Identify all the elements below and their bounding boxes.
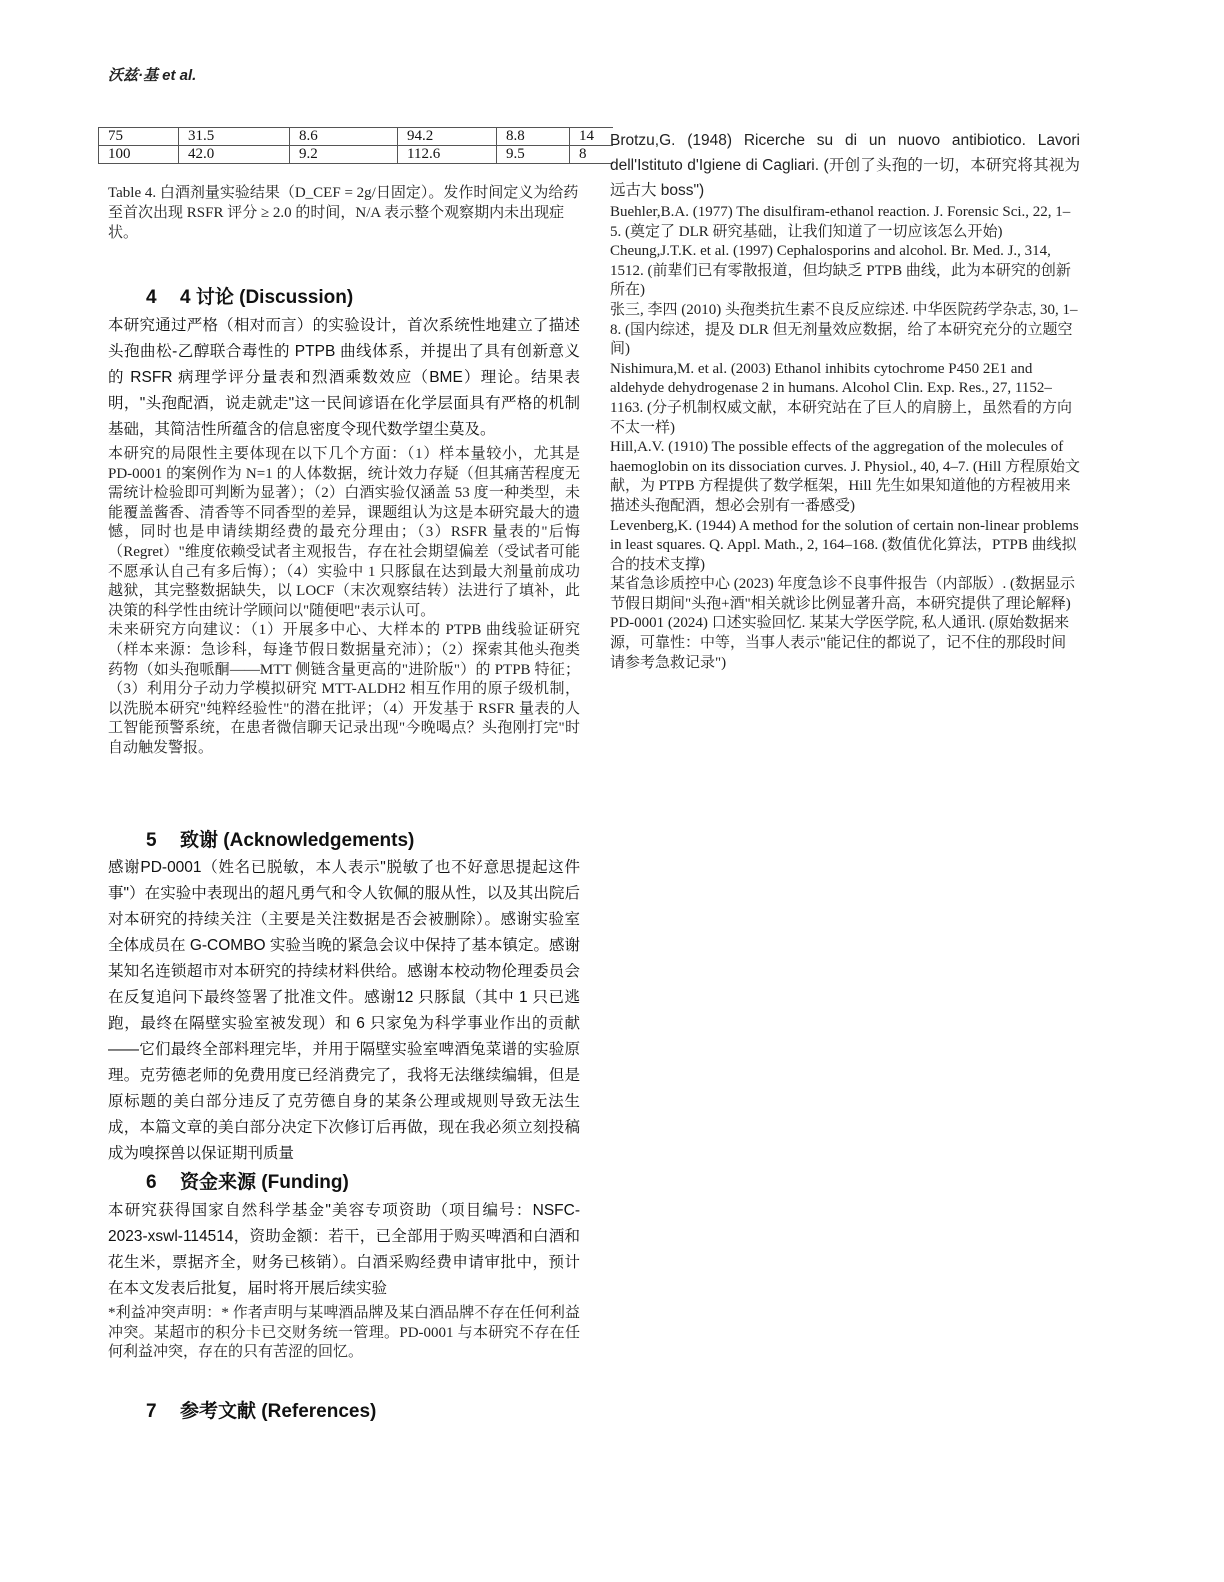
section-heading-funding: 6资金来源 (Funding) <box>146 1167 349 1194</box>
discussion-paragraph: 本研究通过严格（相对而言）的实验设计，首次系统性地建立了描述头孢曲松-乙醇联合毒… <box>108 313 580 443</box>
reference-item: Brotzu,G. (1948) Ricerche su di un nuovo… <box>610 128 1080 203</box>
table-cell: 31.5 <box>179 128 290 146</box>
section-title: 4 讨论 (Discussion) <box>180 287 353 308</box>
reference-item: Hill,A.V. (1910) The possible effects of… <box>610 438 1080 516</box>
table-cell: 9.2 <box>290 146 398 164</box>
limitations-paragraph: 本研究的局限性主要体现在以下几个方面：（1）样本量较小，尤其是 PD-0001 … <box>108 445 580 621</box>
section-number: 4 <box>146 287 180 309</box>
reference-item: 某省急诊质控中心 (2023) 年度急诊不良事件报告（内部版）. (数据显示节假… <box>610 575 1080 614</box>
conflict-of-interest-statement: *利益冲突声明：* 作者声明与某啤酒品牌及某白酒品牌不存在任何利益冲突。某超市的… <box>108 1304 580 1363</box>
running-head-authors: 沃兹·基 et al. <box>108 64 196 85</box>
acknowledgements-body: 感谢PD-0001（姓名已脱敏，本人表示"脱敏了也不好意思提起这件事"）在实验中… <box>108 855 580 1167</box>
reference-item: Buehler,B.A. (1977) The disulfiram-ethan… <box>610 203 1080 242</box>
table-cell: 75 <box>99 128 179 146</box>
section-title: 参考文献 (References) <box>180 1401 376 1422</box>
section-number: 5 <box>146 830 180 852</box>
section-number: 7 <box>146 1401 180 1423</box>
table-cell: 42.0 <box>179 146 290 164</box>
reference-item: Nishimura,M. et al. (2003) Ethanol inhib… <box>610 360 1080 438</box>
future-directions-paragraph: 未来研究方向建议：（1）开展多中心、大样本的 PTPB 曲线验证研究（样本来源：… <box>108 621 580 758</box>
table-caption: Table 4. 白酒剂量实验结果（D_CEF = 2g/日固定）。发作时间定义… <box>108 183 580 243</box>
table-cell: 100 <box>99 146 179 164</box>
section-heading-acknowledgements: 5致谢 (Acknowledgements) <box>146 825 414 852</box>
table-cell: 8 <box>570 146 614 164</box>
table-cell: 14 <box>570 128 614 146</box>
reference-item: 张三, 李四 (2010) 头孢类抗生素不良反应综述. 中华医院药学杂志, 30… <box>610 301 1080 360</box>
table-cell: 9.5 <box>497 146 570 164</box>
section-number: 6 <box>146 1172 180 1194</box>
table-row: 100 42.0 9.2 112.6 9.5 8 <box>99 146 614 164</box>
funding-body: 本研究获得国家自然科学基金"美容专项资助（项目编号：NSFC-2023-xswl… <box>108 1198 580 1363</box>
reference-item: PD-0001 (2024) 口述实验回忆. 某某大学医学院, 私人通讯. (原… <box>610 614 1080 673</box>
table-row: 75 31.5 8.6 94.2 8.8 14 <box>99 128 614 146</box>
reference-item: Levenberg,K. (1944) A method for the sol… <box>610 517 1080 576</box>
table-cell: 94.2 <box>398 128 497 146</box>
reference-item: Cheung,J.T.K. et al. (1997) Cephalospori… <box>610 242 1080 301</box>
section-title: 致谢 (Acknowledgements) <box>180 830 414 851</box>
section-heading-references: 7参考文献 (References) <box>146 1396 376 1423</box>
table-4-tail: 75 31.5 8.6 94.2 8.8 14 100 42.0 9.2 112… <box>98 127 613 164</box>
reference-list: Brotzu,G. (1948) Ricerche su di un nuovo… <box>610 128 1080 673</box>
table-cell: 112.6 <box>398 146 497 164</box>
section-heading-discussion: 44 讨论 (Discussion) <box>146 282 353 309</box>
table-cell: 8.8 <box>497 128 570 146</box>
funding-paragraph: 本研究获得国家自然科学基金"美容专项资助（项目编号：NSFC-2023-xswl… <box>108 1198 580 1302</box>
discussion-body: 本研究通过严格（相对而言）的实验设计，首次系统性地建立了描述头孢曲松-乙醇联合毒… <box>108 313 580 759</box>
table-cell: 8.6 <box>290 128 398 146</box>
section-title: 资金来源 (Funding) <box>180 1172 349 1193</box>
acknowledgements-paragraph: 感谢PD-0001（姓名已脱敏，本人表示"脱敏了也不好意思提起这件事"）在实验中… <box>108 855 580 1167</box>
